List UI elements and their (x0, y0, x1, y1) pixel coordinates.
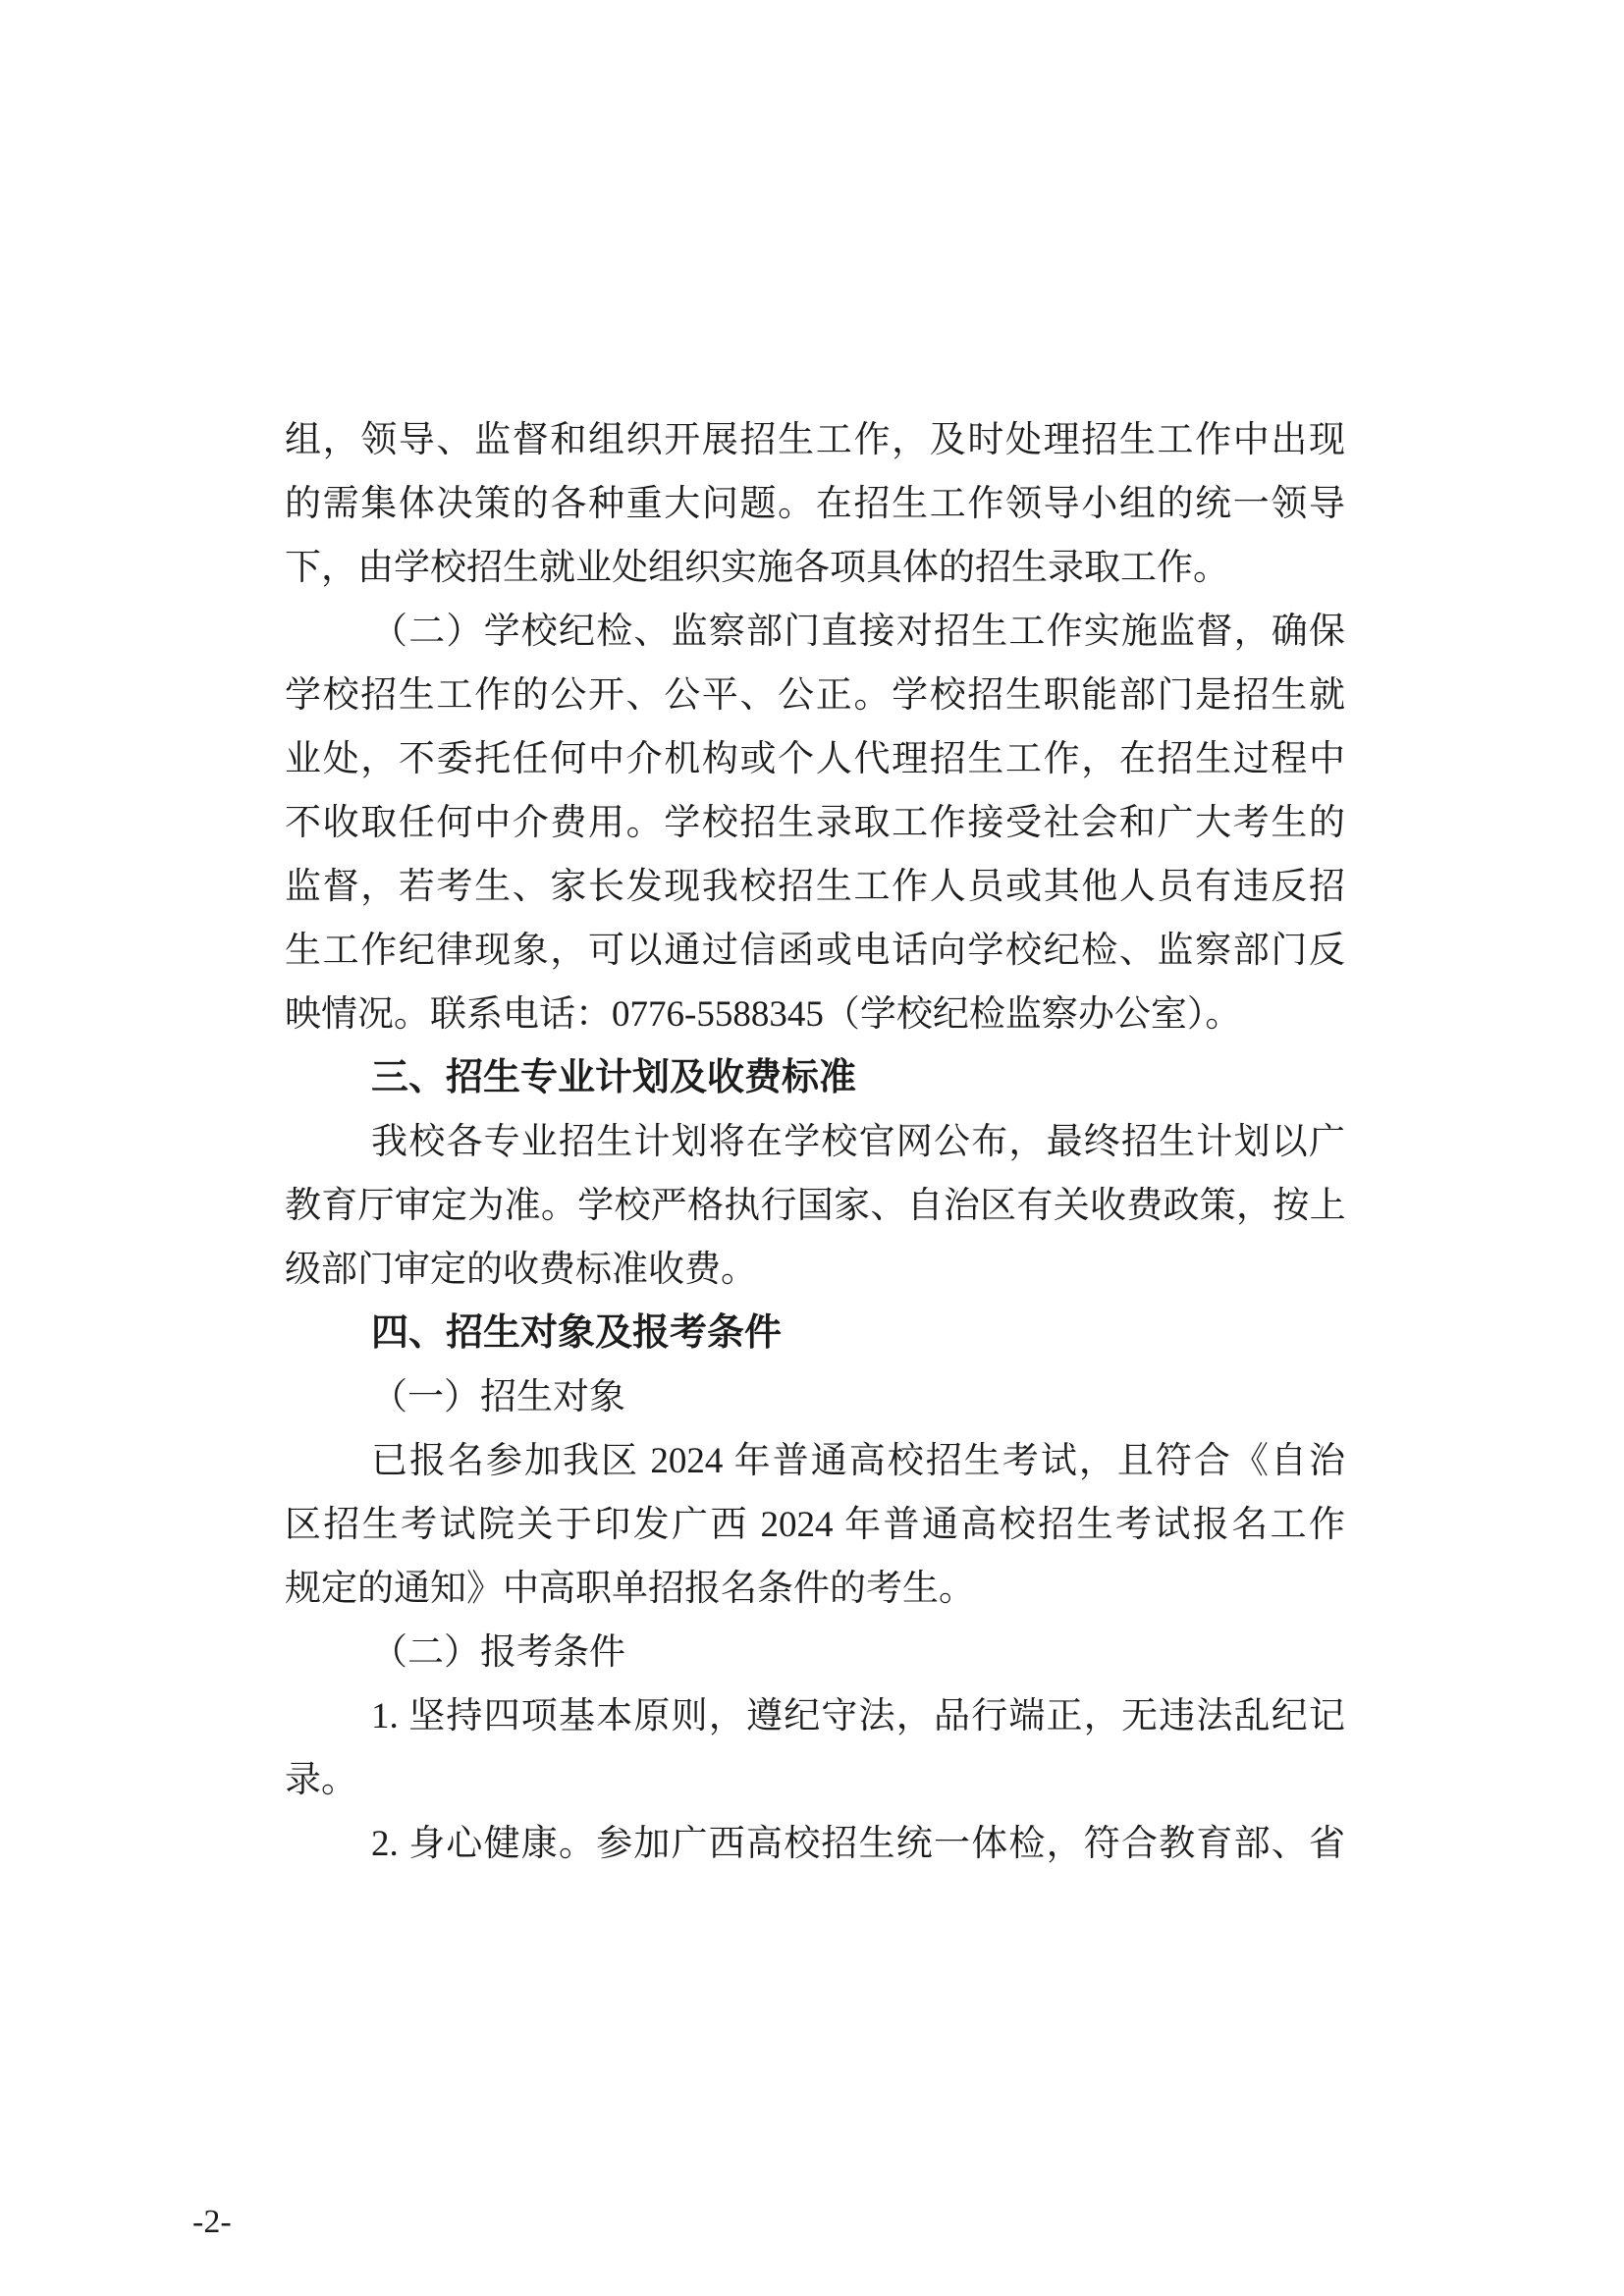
body-text-line: 我校各专业招生计划将在学校官网公布，最终招生计划以广西 (285, 1110, 1345, 1174)
body-text-line: 监督，若考生、家长发现我校招生工作人员或其他人员有违反招 (285, 855, 1345, 919)
body-text-line: 学校招生工作的公开、公平、公正。学校招生职能部门是招生就 (285, 664, 1345, 727)
body-text-line: 录。 (285, 1748, 1345, 1812)
body-text-line: 下，由学校招生就业处组织实施各项具体的招生录取工作。 (285, 536, 1345, 600)
body-text-line: 已报名参加我区 2024 年普通高校招生考试，且符合《自治 (285, 1429, 1345, 1493)
body-text-line: 2. 身心健康。参加广西高校招生统一体检，符合教育部、省 (285, 1812, 1345, 1876)
body-text-line: 组，领导、监督和组织开展招生工作，及时处理招生工作中出现 (285, 408, 1345, 472)
body-text-line: （二）学校纪检、监察部门直接对招生工作实施监督，确保 (285, 600, 1345, 664)
body-text-line: 业处，不委托任何中介机构或个人代理招生工作，在招生过程中 (285, 727, 1345, 791)
body-text-line: 教育厅审定为准。学校严格执行国家、自治区有关收费政策，按上 (285, 1174, 1345, 1238)
body-text-line: 级部门审定的收费标准收费。 (285, 1238, 1345, 1302)
page-number: -2- (192, 2199, 232, 2246)
document-body: 组，领导、监督和组织开展招生工作，及时处理招生工作中出现的需集体决策的各种重大问… (285, 408, 1345, 1876)
document-page: 组，领导、监督和组织开展招生工作，及时处理招生工作中出现的需集体决策的各种重大问… (0, 0, 1624, 2296)
section-heading: 四、招生对象及报考条件 (285, 1302, 1345, 1365)
body-text-line: 区招生考试院关于印发广西 2024 年普通高校招生考试报名工作 (285, 1493, 1345, 1557)
body-text-line: 生工作纪律现象，可以通过信函或电话向学校纪检、监察部门反 (285, 919, 1345, 983)
body-text-line: 不收取任何中介费用。学校招生录取工作接受社会和广大考生的 (285, 791, 1345, 855)
body-text-line: 1. 坚持四项基本原则，遵纪守法，品行端正，无违法乱纪记 (285, 1684, 1345, 1748)
subsection-heading: （二）报考条件 (285, 1621, 1345, 1684)
section-heading: 三、招生专业计划及收费标准 (285, 1046, 1345, 1110)
body-text-line: 的需集体决策的各种重大问题。在招生工作领导小组的统一领导 (285, 472, 1345, 536)
body-text-line: 规定的通知》中高职单招报名条件的考生。 (285, 1557, 1345, 1621)
subsection-heading: （一）招生对象 (285, 1365, 1345, 1429)
body-text-line: 映情况。联系电话：0776-5588345（学校纪检监察办公室）。 (285, 983, 1345, 1046)
